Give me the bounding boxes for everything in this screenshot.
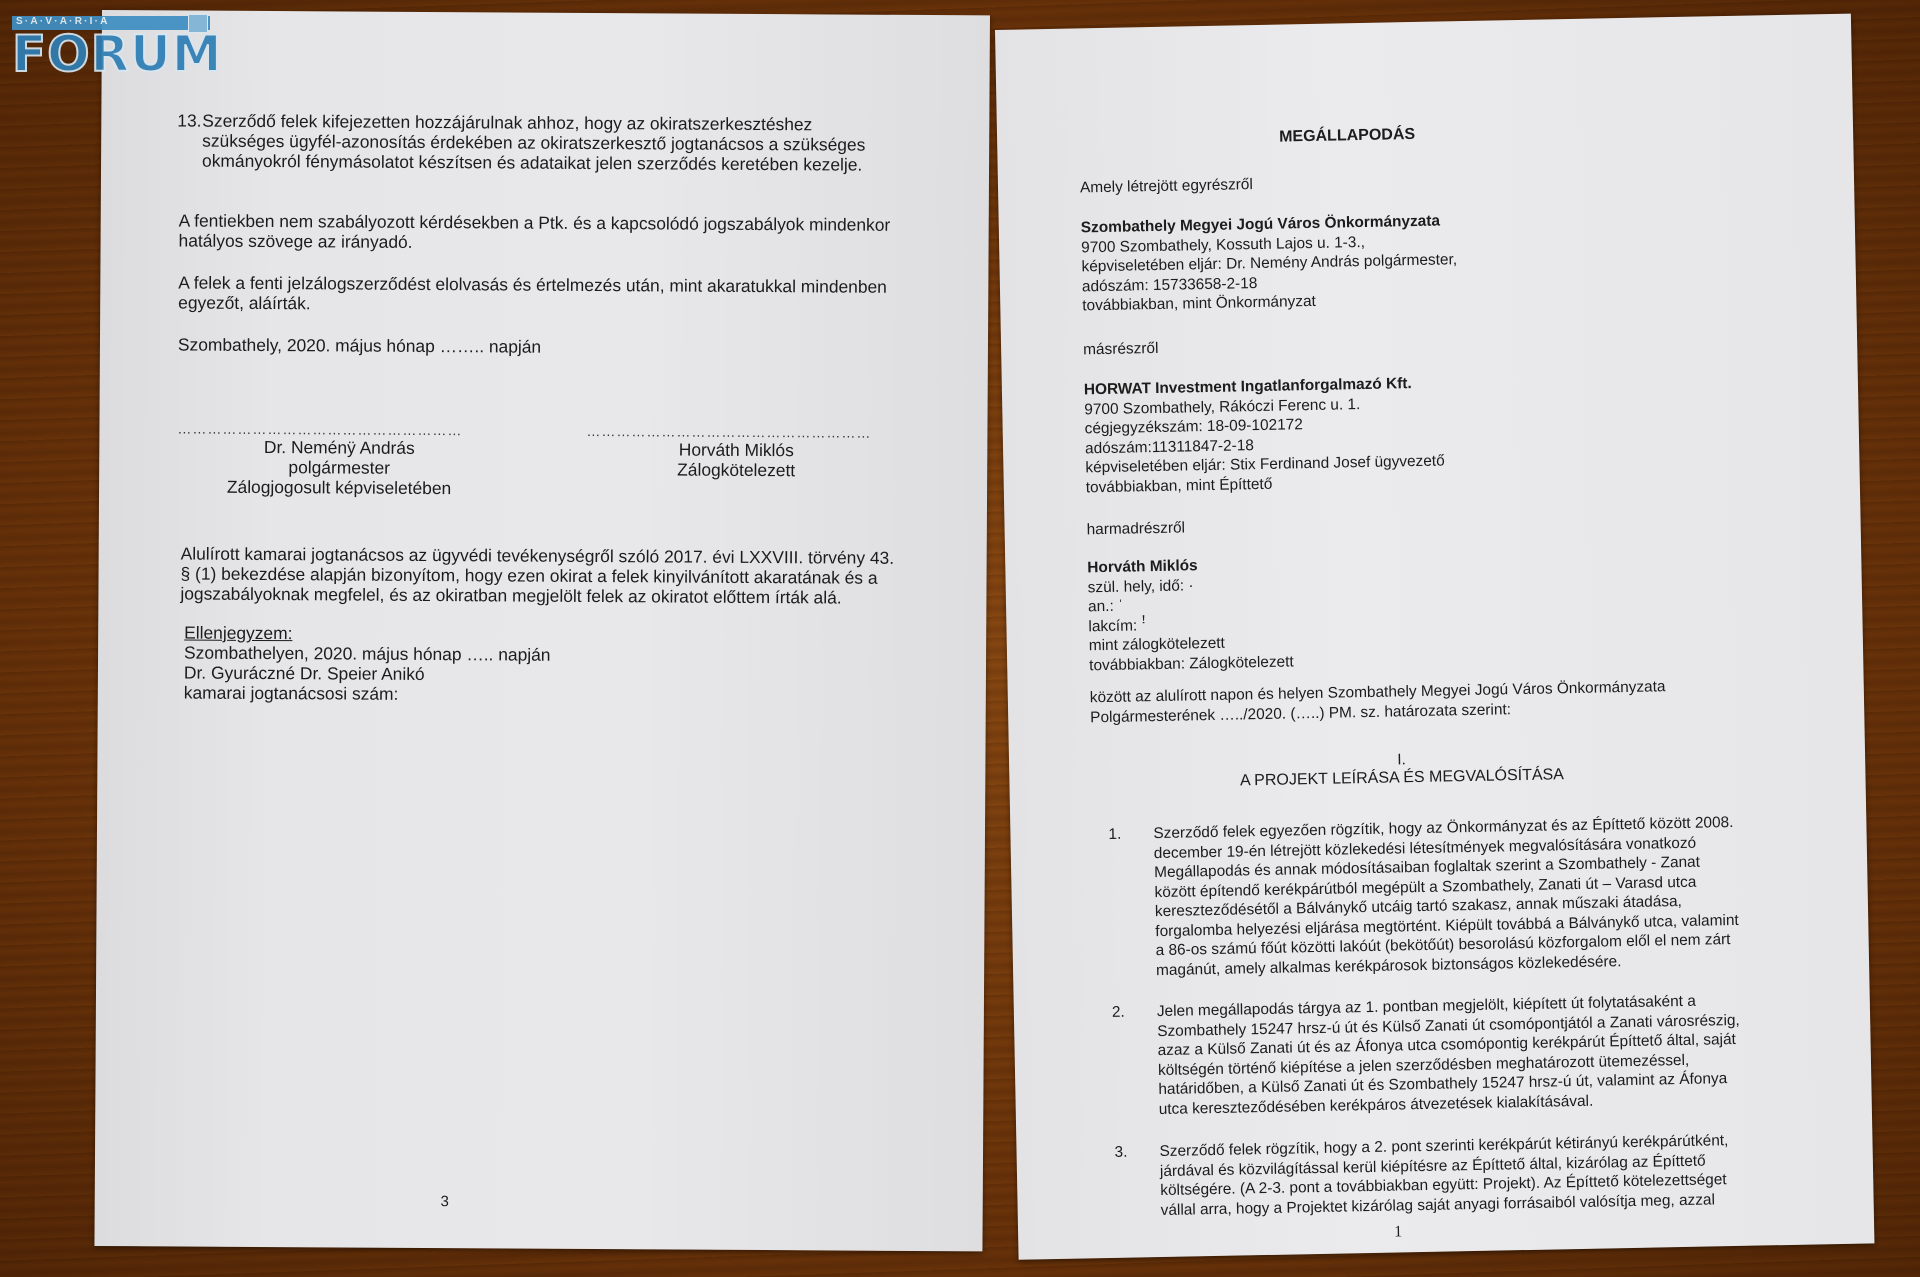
signatory-capacity: Zálogjogosult képviseletében [189, 477, 489, 499]
item-13-text-cont: szükséges ügyfél-azonosítás érdekében az… [202, 131, 899, 175]
party-pledgor: Horváth Miklós szül. hely, idő: · an.: ˈ… [1087, 546, 1729, 675]
item-1-text: Szerződő felek egyezően rögzítik, hogy a… [1153, 812, 1761, 980]
document-title: MEGÁLLAPODÁS [997, 120, 1697, 153]
party-developer: HORWAT Investment Ingatlanforgalmazó Kft… [1084, 368, 1726, 497]
signatory-pledgor: Horváth Miklós Zálogkötelezett [586, 439, 886, 481]
text-line: kamarai jogtanácsosi szám: [184, 683, 784, 707]
intro-line: Amely létrejött egyrészről [1080, 175, 1253, 198]
logo-title: FORUM [12, 28, 223, 80]
signatory-role: Zálogkötelezett [586, 459, 886, 481]
between-paragraph: között az alulírott napon és helyen Szom… [1090, 676, 1756, 728]
savaria-forum-logo: S·A·V·A·R·I·A FORUM [12, 14, 212, 80]
item-3-text: Szerződő felek rögzítik, hogy a 2. pont … [1159, 1130, 1765, 1220]
text-line: jogszabályoknak megfelel, és az okiratba… [180, 583, 898, 607]
paragraph-signed: A felek a fenti jelzálogszerződést elolv… [178, 272, 898, 316]
item-number: 1. [1108, 824, 1148, 844]
countersign-block: Ellenjegyzem: Szombathelyen, 2020. május… [184, 623, 784, 707]
item-number: 2. [1112, 1002, 1152, 1022]
document-page-1: MEGÁLLAPODÁS Amely létrejött egyrészről … [995, 14, 1874, 1260]
text-line: okmányokról fénymásolatot készítsen és a… [202, 151, 899, 175]
paragraph-ptk: A fentiekben nem szabályozott kérdésekbe… [179, 210, 899, 254]
signatory-role: polgármester [189, 457, 489, 479]
party-municipality: Szombathely Megyei Jogú Város Önkormányz… [1081, 206, 1723, 316]
item-number: 3. [1114, 1142, 1154, 1162]
signatory-name: Horváth Miklós [586, 439, 886, 461]
signatory-mayor: Dr. Neménÿ András polgármester Zálogjogo… [189, 437, 489, 499]
separator-masreszrol: másrészről [1083, 339, 1159, 360]
signatory-name: Dr. Neménÿ András [189, 437, 489, 459]
document-page-3: 13. Szerződő felek kifejezetten hozzájár… [94, 10, 990, 1251]
item-2-text: Jelen megállapodás tárgya az 1. pontban … [1157, 990, 1764, 1119]
separator-harmadreszrol: harmadrészről [1086, 518, 1185, 539]
page-number: 3 [415, 1192, 475, 1212]
attestation-paragraph: Alulírott kamarai jogtanácsos az ügyvédi… [180, 543, 898, 607]
place-date: Szombathely, 2020. május hónap …….. napj… [178, 334, 898, 358]
page-number: 1 [1378, 1222, 1418, 1242]
